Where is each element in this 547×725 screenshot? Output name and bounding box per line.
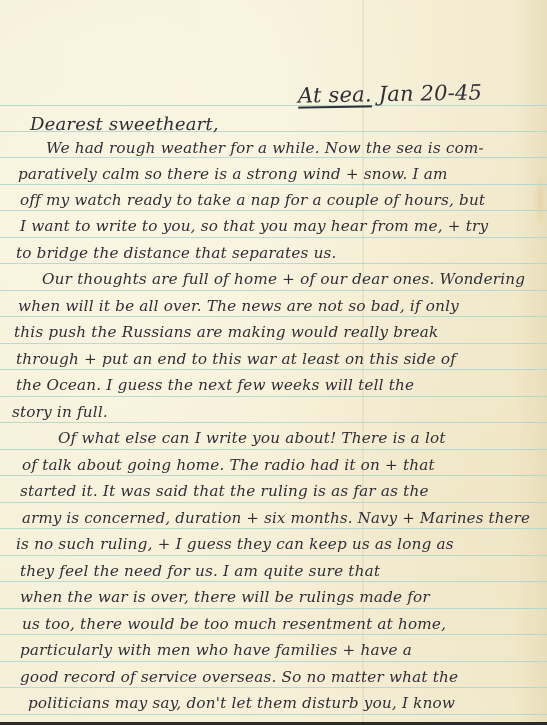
letter-place: At sea.: [298, 82, 372, 107]
letter-heading: At sea. Jan 20-45: [298, 80, 482, 107]
letter-line: particularly with men who have families …: [20, 641, 412, 659]
letter-line: is no such ruling, + I guess they can ke…: [16, 535, 454, 553]
letter-line: politicians may say, don't let them dist…: [28, 694, 455, 712]
ruled-line: [0, 449, 547, 450]
letter-line: through + put an end to this war at leas…: [16, 350, 456, 368]
ruled-line: [0, 528, 547, 529]
ruled-line: [0, 316, 547, 317]
letter-line: they feel the need for us. I am quite su…: [20, 562, 380, 580]
letter-line: started it. It was said that the ruling …: [20, 482, 429, 500]
letter-line: when the war is over, there will be ruli…: [20, 588, 430, 606]
ruled-line: [0, 263, 547, 264]
ruled-line: [0, 369, 547, 370]
ruled-line: [0, 105, 547, 106]
paper-stain: [533, 170, 547, 230]
letter-line: of talk about going home. The radio had …: [22, 456, 435, 474]
letter-line: good record of service overseas. So no m…: [20, 668, 458, 686]
letter-line: army is concerned, duration + six months…: [22, 509, 530, 527]
ruled-line: [0, 581, 547, 582]
ruled-line: [0, 502, 547, 503]
letter-line: us too, there would be too much resentme…: [22, 615, 446, 633]
ruled-line: [0, 475, 547, 476]
ruled-line: [0, 396, 547, 397]
ruled-line: [0, 555, 547, 556]
ruled-line: [0, 634, 547, 635]
ruled-line: [0, 343, 547, 344]
ruled-line: [0, 608, 547, 609]
ruled-line: [0, 687, 547, 688]
ruled-line: [0, 210, 547, 211]
letter-line: I want to write to you, so that you may …: [20, 217, 488, 235]
letter-line: Of what else can I write you about! Ther…: [58, 429, 446, 447]
ruled-line: [0, 714, 547, 715]
letter-line: paratively calm so there is a strong win…: [18, 165, 448, 183]
ruled-line: [0, 157, 547, 158]
letter-line: We had rough weather for a while. Now th…: [46, 139, 484, 157]
letter-page: At sea. Jan 20-45 Dearest sweetheart, We…: [0, 0, 547, 722]
salutation: Dearest sweetheart,: [30, 114, 219, 135]
ruled-line: [0, 290, 547, 291]
ruled-line: [0, 237, 547, 238]
letter-line: Our thoughts are full of home + of our d…: [42, 270, 525, 288]
ruled-line: [0, 184, 547, 185]
letter-line: story in full.: [12, 403, 108, 421]
letter-line: the Ocean. I guess the next few weeks wi…: [16, 376, 414, 394]
ruled-line: [0, 661, 547, 662]
letter-line: when will it be all over. The news are n…: [18, 297, 459, 315]
letter-line: off my watch ready to take a nap for a c…: [20, 191, 485, 209]
letter-line: to bridge the distance that separates us…: [16, 244, 337, 262]
ruled-line: [0, 422, 547, 423]
letter-line: this push the Russians are making would …: [14, 323, 438, 341]
letter-date: Jan 20-45: [378, 80, 482, 106]
